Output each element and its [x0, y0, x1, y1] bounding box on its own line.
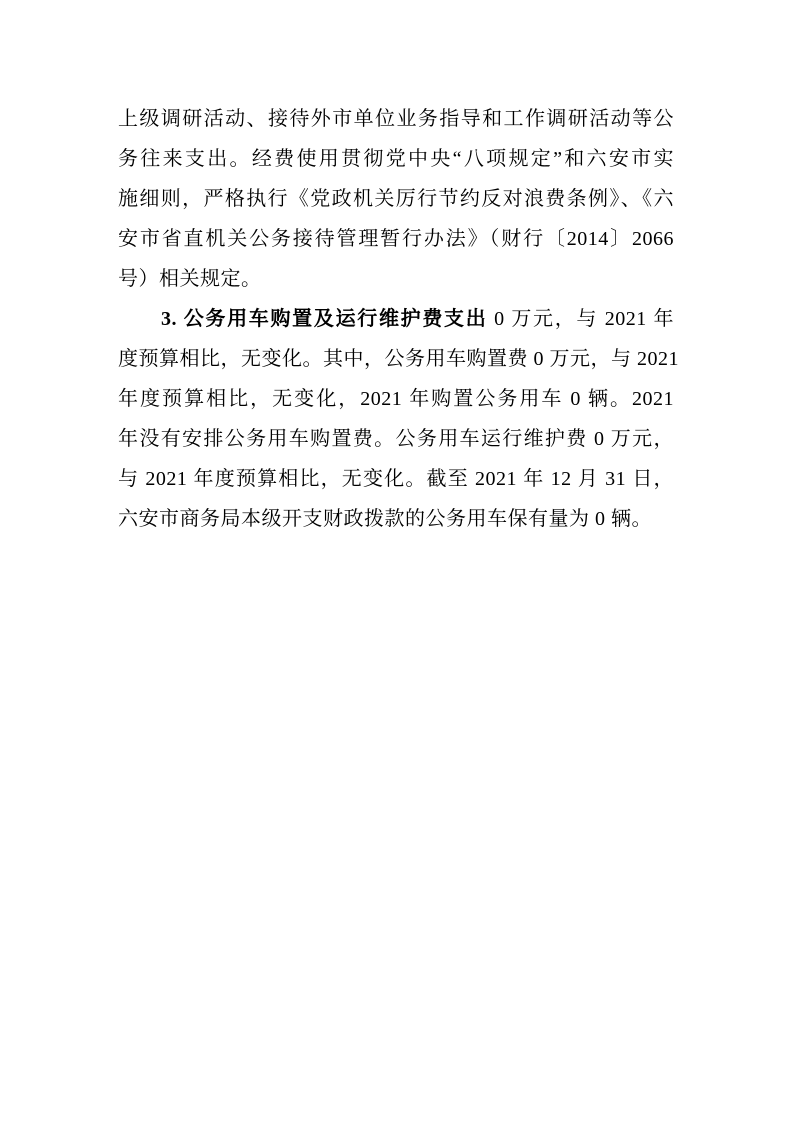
- text-line: 3. 公务用车购置及运行维护费支出 0 万元，与 2021 年: [118, 299, 674, 339]
- document-page: 上级调研活动、接待外市单位业务指导和工作调研活动等公 务往来支出。经费使用贯彻党…: [0, 0, 793, 1122]
- text-line: 施细则，严格执行《党政机关厉行节约反对浪费条例》、《六: [118, 179, 674, 219]
- text-line: 务往来支出。经费使用贯彻党中央“八项规定”和六安市实: [118, 139, 674, 179]
- text-line: 安市省直机关公务接待管理暂行办法》（财行〔2014〕2066: [118, 219, 674, 259]
- vehicle-expense-heading: 3. 公务用车购置及运行维护费支出: [161, 308, 487, 330]
- text-line: 度预算相比，无变化。其中，公务用车购置费 0 万元，与 2021: [118, 339, 674, 379]
- text-line: 六安市商务局本级开支财政拨款的公务用车保有量为 0 辆。: [118, 499, 674, 539]
- text-line: 年没有安排公务用车购置费。公务用车运行维护费 0 万元，: [118, 419, 674, 459]
- text-line: 上级调研活动、接待外市单位业务指导和工作调研活动等公: [118, 99, 674, 139]
- text-line: 年度预算相比，无变化，2021 年购置公务用车 0 辆。2021: [118, 379, 674, 419]
- paragraph-vehicle-expense: 3. 公务用车购置及运行维护费支出 0 万元，与 2021 年 度预算相比，无变…: [118, 299, 674, 539]
- paragraph-funding-rules: 上级调研活动、接待外市单位业务指导和工作调研活动等公 务往来支出。经费使用贯彻党…: [118, 99, 674, 299]
- text-line: 与 2021 年度预算相比，无变化。截至 2021 年 12 月 31 日，: [118, 459, 674, 499]
- vehicle-expense-heading-rest: 0 万元，与 2021 年: [487, 308, 674, 330]
- text-block: 上级调研活动、接待外市单位业务指导和工作调研活动等公 务往来支出。经费使用贯彻党…: [118, 99, 674, 539]
- text-line: 号）相关规定。: [118, 259, 674, 299]
